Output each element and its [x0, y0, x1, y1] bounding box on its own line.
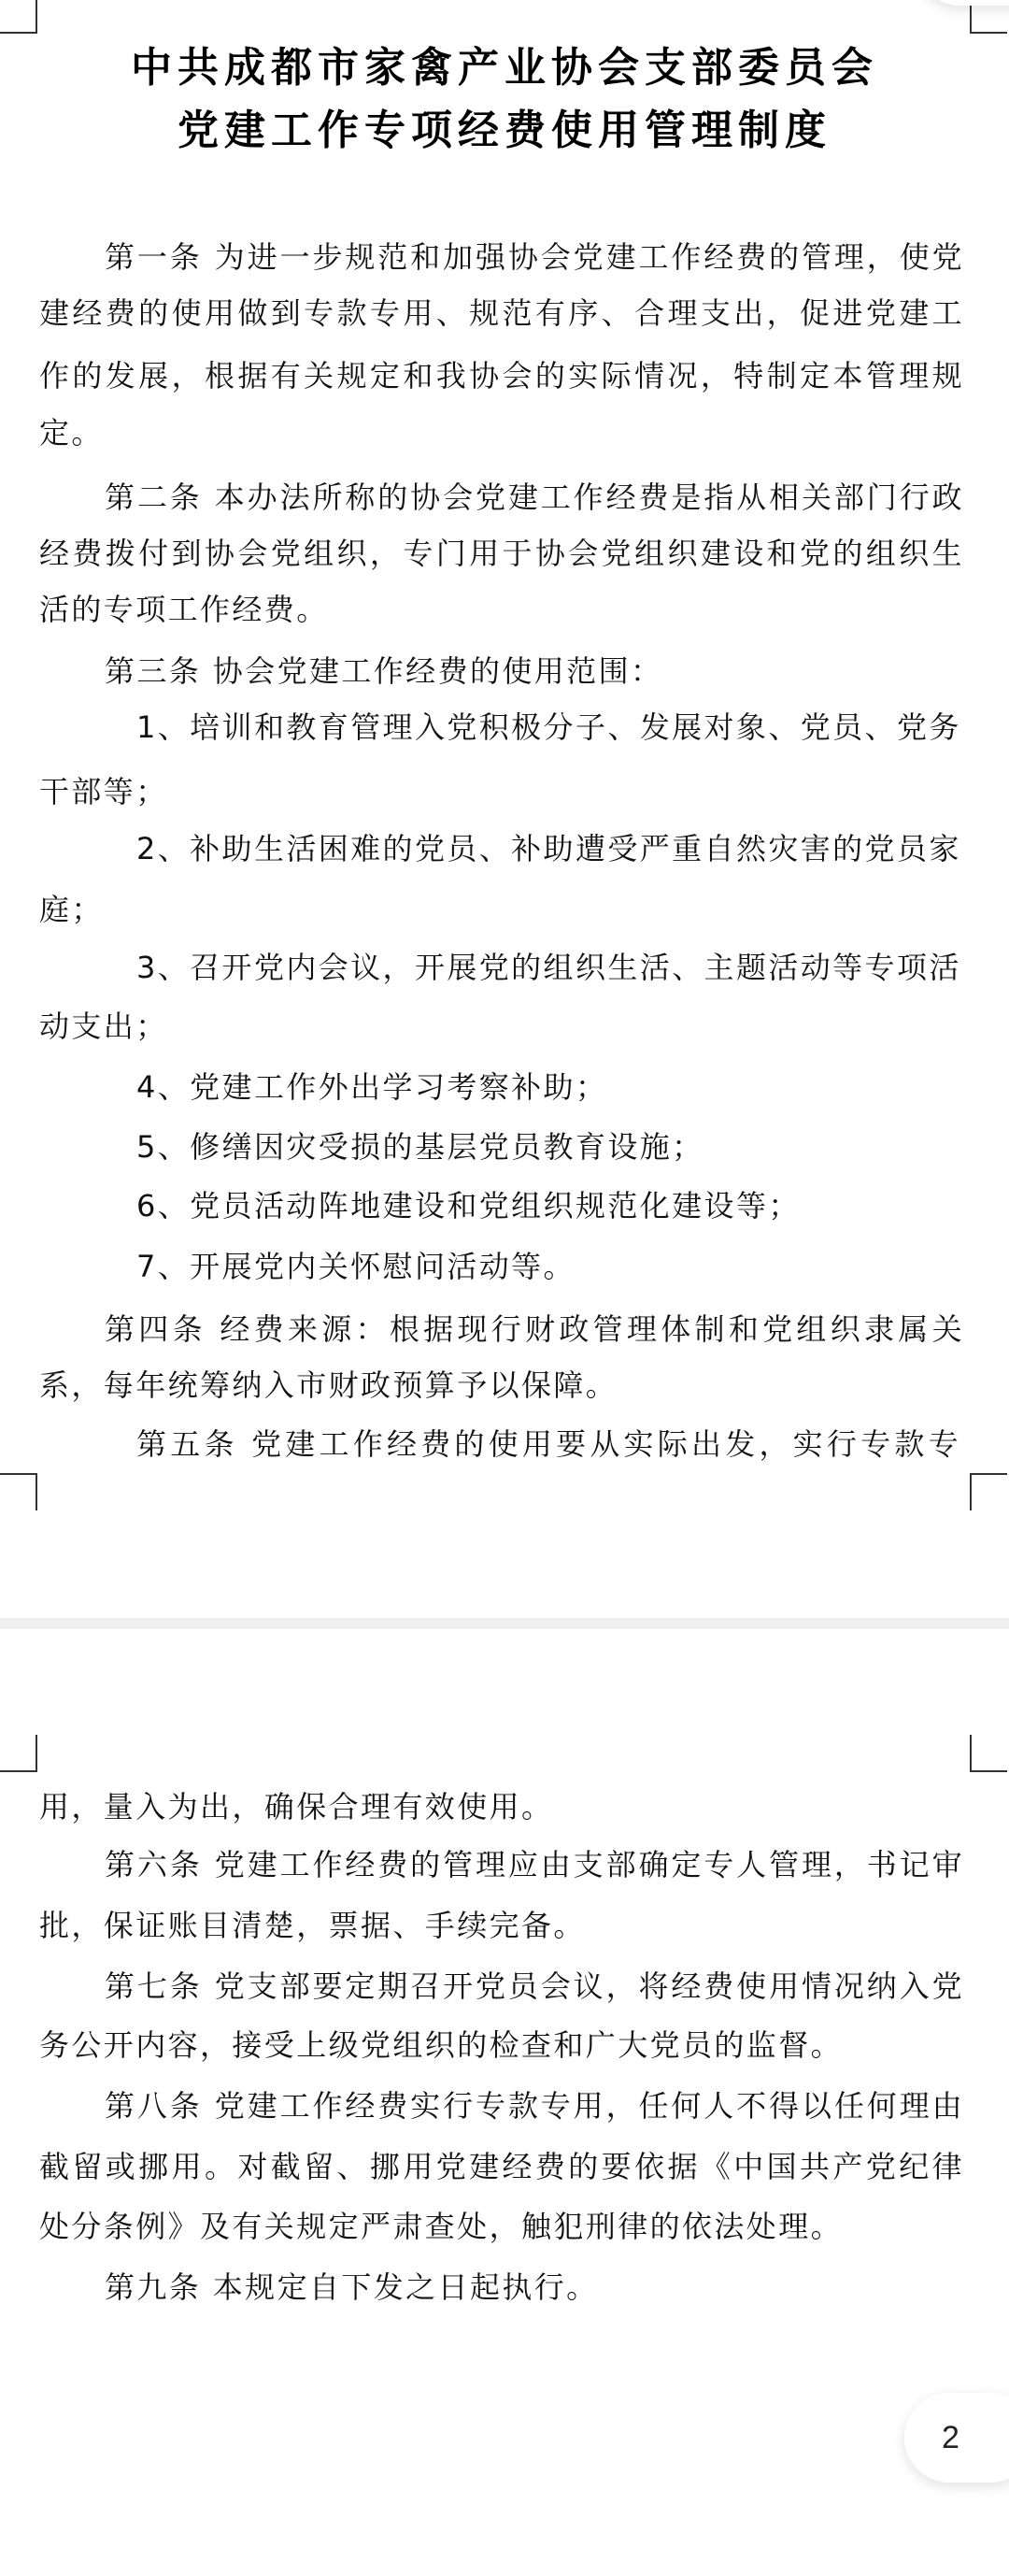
paragraph-line: 系，每年统筹纳入市财政预算予以保障。 — [39, 1367, 618, 1404]
paragraph-line: 第七条 党支部要定期召开党员会议，将经费使用情况纳入党 — [105, 1968, 964, 2005]
paragraph-line: 第五条 党建工作经费的使用要从实际出发，实行专款专 — [136, 1425, 960, 1463]
list-item-line: 2、补助生活困难的党员、补助遭受严重自然灾害的党员家 — [136, 830, 960, 867]
document-page-2: 用，量入为出，确保合理有效使用。 第六条 党建工作经费的管理应由支部确定专人管理… — [0, 1629, 1009, 2576]
paragraph-line: 经费拨付到协会党组织，专门用于协会党组织建设和党的组织生 — [39, 535, 964, 572]
paragraph-line: 定。 — [39, 414, 104, 451]
list-item-line: 干部等； — [39, 773, 168, 810]
document-title-line-1: 中共成都市家禽产业协会支部委员会 — [0, 45, 1009, 92]
page-corner-mark — [0, 1473, 37, 1510]
page-number-label: 2 — [942, 2415, 959, 2460]
paragraph-line: 第六条 党建工作经费的管理应由支部确定专人管理，书记审 — [105, 1846, 964, 1883]
paragraph-line: 第三条 协会党建工作经费的使用范围： — [105, 652, 662, 690]
list-item-line: 7、开展党内关怀慰问活动等。 — [136, 1248, 576, 1285]
list-item-line: 庭； — [39, 891, 104, 928]
page-separator — [0, 1618, 1009, 1629]
list-item-line: 1、培训和教育管理入党积极分子、发展对象、党员、党务 — [136, 708, 960, 746]
paragraph-line: 批，保证账目清楚，票据、手续完备。 — [39, 1907, 586, 1944]
paragraph-line: 建经费的使用做到专款专用、规范有序、合理支出，促进党建工 — [39, 294, 964, 332]
list-item-line: 5、修缮因灾受损的基层党员教育设施； — [136, 1128, 704, 1166]
list-item-line: 3、召开党内会议，开展党的组织生活、主题活动等专项活 — [136, 949, 960, 986]
paragraph-line: 作的发展，根据有关规定和我协会的实际情况，特制定本管理规 — [39, 357, 964, 394]
paragraph-line: 用，量入为出，确保合理有效使用。 — [39, 1788, 553, 1825]
paragraph-line: 截留或挪用。对截留、挪用党建经费的要依据《中国共产党纪律 — [39, 2148, 964, 2185]
paragraph-line: 务公开内容，接受上级党组织的检查和广大党员的监督。 — [39, 2026, 843, 2064]
paragraph-line: 第四条 经费来源：根据现行财政管理体制和党组织隶属关 — [105, 1310, 964, 1348]
page-corner-mark — [0, 1735, 37, 1772]
paragraph-line: 第九条 本规定自下发之日起执行。 — [105, 2268, 599, 2306]
paragraph-line: 处分条例》及有关规定严肃查处，触犯刑律的依法处理。 — [39, 2208, 843, 2245]
paragraph-line: 活的专项工作经费。 — [39, 591, 329, 628]
document-page-1: 中共成都市家禽产业协会支部委员会 党建工作专项经费使用管理制度 第一条 为进一步… — [0, 0, 1009, 1618]
paragraph-line: 第一条 为进一步规范和加强协会党建工作经费的管理，使党 — [105, 238, 964, 276]
page-corner-mark — [970, 1473, 1007, 1510]
document-title-line-2: 党建工作专项经费使用管理制度 — [0, 107, 1009, 154]
list-item-line: 6、党员活动阵地建设和党组织规范化建设等； — [136, 1187, 801, 1224]
list-item-line: 动支出； — [39, 1008, 168, 1045]
page-corner-mark — [970, 1735, 1007, 1772]
paragraph-line: 第二条 本办法所称的协会党建工作经费是指从相关部门行政 — [105, 479, 964, 516]
page-number-indicator[interactable]: 2 — [904, 2393, 1009, 2483]
page-corner-mark — [0, 0, 37, 34]
paragraph-line: 第八条 党建工作经费实行专款专用，任何人不得以任何理由 — [105, 2087, 964, 2125]
list-item-line: 4、党建工作外出学习考察补助； — [136, 1068, 607, 1106]
